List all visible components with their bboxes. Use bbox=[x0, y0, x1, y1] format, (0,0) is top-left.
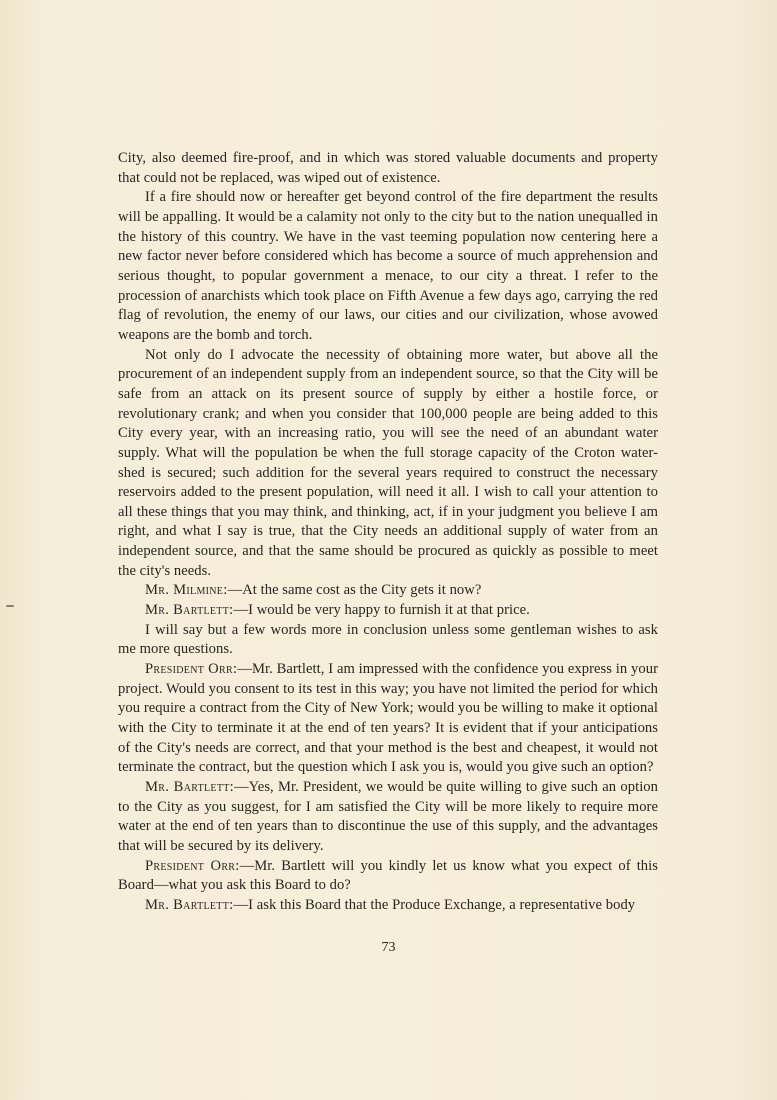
dialogue-bartlett-request: Mr. Bartlett:—I ask this Board that the … bbox=[118, 896, 658, 916]
speaker-name: President Orr: bbox=[145, 858, 240, 874]
speaker-name: Mr. Bartlett: bbox=[145, 779, 234, 795]
dialogue-text: —I ask this Board that the Produce Excha… bbox=[233, 897, 635, 913]
paragraph-text: If a fire should now or hereafter get be… bbox=[118, 189, 658, 343]
paragraph-fire-proof-city: City, also deemed fire-proof, and in whi… bbox=[118, 149, 658, 188]
dialogue-president-orr-board: President Orr:—Mr. Bartlett will you kin… bbox=[118, 857, 658, 896]
paragraph-text: I will say but a few words more in concl… bbox=[118, 622, 658, 658]
paragraph-independent-supply: Not only do I advocate the necessity of … bbox=[118, 346, 658, 582]
paragraph-fire-threat: If a fire should now or hereafter get be… bbox=[118, 188, 658, 345]
dialogue-text: —At the same cost as the City gets it no… bbox=[228, 582, 482, 598]
paragraph-conclusion: I will say but a few words more in concl… bbox=[118, 621, 658, 660]
dialogue-milmine: Mr. Milmine:—At the same cost as the Cit… bbox=[118, 581, 658, 601]
dialogue-text: —I would be very happy to furnish it at … bbox=[233, 602, 529, 618]
speaker-name: Mr. Bartlett: bbox=[145, 897, 233, 913]
speaker-name: President Orr: bbox=[145, 661, 237, 677]
body-text: City, also deemed fire-proof, and in whi… bbox=[118, 149, 658, 916]
page-number: 73 bbox=[0, 940, 777, 956]
margin-mark bbox=[6, 605, 14, 607]
scanned-page: City, also deemed fire-proof, and in whi… bbox=[0, 0, 777, 1100]
dialogue-bartlett-option: Mr. Bartlett:—Yes, Mr. President, we wou… bbox=[118, 778, 658, 857]
speaker-name: Mr. Milmine: bbox=[145, 582, 228, 598]
paragraph-text: City, also deemed fire-proof, and in whi… bbox=[118, 150, 658, 186]
dialogue-text: —Mr. Bartlett, I am impressed with the c… bbox=[118, 661, 658, 775]
dialogue-bartlett-price: Mr. Bartlett:—I would be very happy to f… bbox=[118, 601, 658, 621]
paragraph-text: Not only do I advocate the necessity of … bbox=[118, 347, 658, 579]
speaker-name: Mr. Bartlett: bbox=[145, 602, 233, 618]
dialogue-president-orr-option: President Orr:—Mr. Bartlett, I am impres… bbox=[118, 660, 658, 778]
